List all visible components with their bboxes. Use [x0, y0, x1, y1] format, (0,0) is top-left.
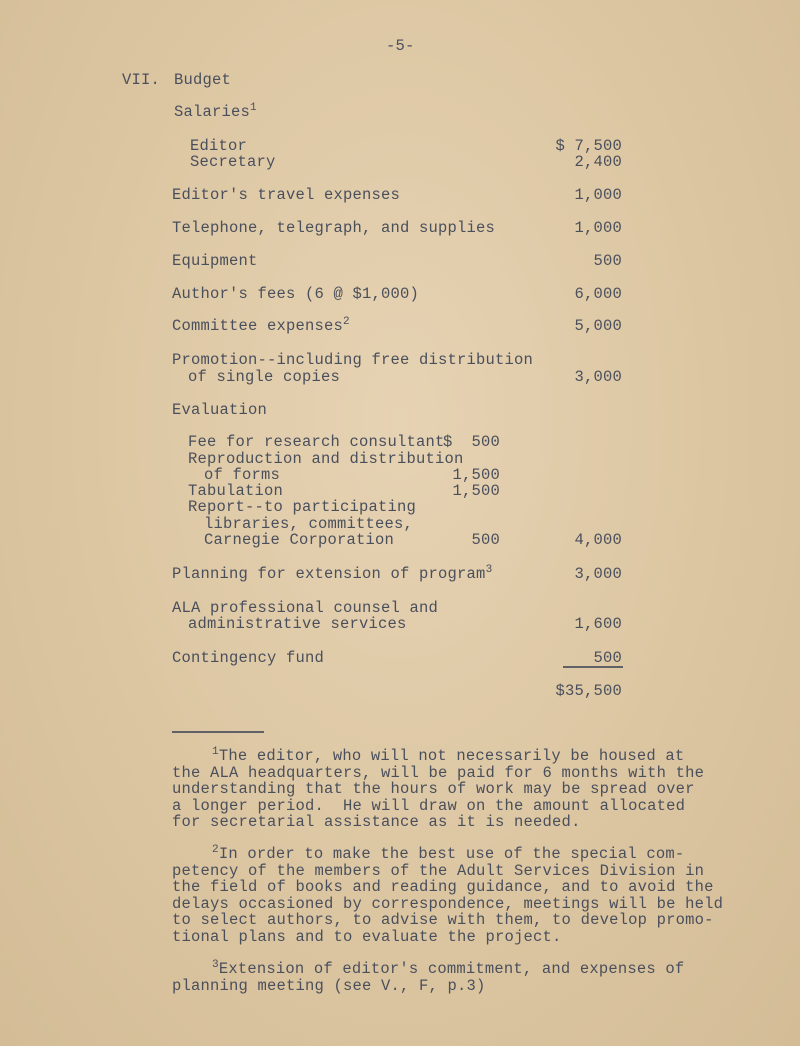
item-amount: 3,000: [574, 369, 622, 385]
item-amount: 1,600: [574, 616, 622, 632]
salaries-heading: Salaries1: [174, 104, 257, 120]
footnote-1: 1The editor, who will not necessarily be…: [172, 748, 652, 831]
sub-item-label: Report--to participating: [188, 499, 416, 515]
item-amount: 3,000: [574, 566, 622, 582]
sum-underline: [563, 666, 623, 668]
item-label: Author's fees (6 @ $1,000): [172, 286, 419, 302]
item-label-cont: administrative services: [188, 616, 407, 632]
footnote-3: 3Extension of editor's commitment, and e…: [172, 961, 652, 994]
item-label: Equipment: [172, 253, 258, 269]
footnote-ref: 2: [343, 316, 350, 328]
sub-item-label-cont: Carnegie Corporation: [204, 532, 394, 548]
sub-item-amount: 500: [471, 532, 500, 548]
footnote-ref: 1: [250, 102, 257, 114]
item-label: Promotion--including free distribution: [172, 352, 533, 368]
sub-item-label: Tabulation: [188, 483, 283, 499]
item-amount: 1,000: [574, 187, 622, 203]
sub-item-label: Fee for research consultant: [188, 434, 445, 450]
item-amount: 500: [593, 253, 622, 269]
footnote-2: 2In order to make the best use of the sp…: [172, 846, 652, 945]
item-label: Telephone, telegraph, and supplies: [172, 220, 495, 236]
item-amount: 2,400: [574, 154, 622, 170]
sub-item-label: Reproduction and distribution: [188, 451, 464, 467]
evaluation-heading: Evaluation: [172, 402, 267, 418]
item-amount: 5,000: [574, 318, 622, 334]
item-label-cont: of single copies: [188, 369, 340, 385]
section-number: VII.: [122, 72, 160, 88]
page-number: -5-: [386, 38, 415, 54]
footnote-ref: 3: [486, 564, 493, 576]
grand-total: $35,500: [555, 683, 622, 699]
item-label: Secretary: [190, 154, 276, 170]
sub-item-label-cont: libraries, committees,: [204, 516, 413, 532]
document-page: -5- VII. Budget Salaries1 Editor $ 7,500…: [0, 0, 800, 1046]
item-label: Editor's travel expenses: [172, 187, 400, 203]
item-label: ALA professional counsel and: [172, 600, 438, 616]
sub-item-amount: 1,500: [452, 483, 500, 499]
sub-item-label-cont: of forms: [204, 467, 280, 483]
evaluation-total: 4,000: [574, 532, 622, 548]
sub-item-amount: $ 500: [443, 434, 500, 450]
sub-item-amount: 1,500: [452, 467, 500, 483]
item-label: Planning for extension of program3: [172, 566, 492, 582]
item-label: Editor: [190, 138, 247, 154]
item-amount: $ 7,500: [555, 138, 622, 154]
item-amount: 6,000: [574, 286, 622, 302]
item-amount: 500: [593, 650, 622, 666]
footnote-separator: [172, 731, 264, 733]
item-label: Contingency fund: [172, 650, 324, 666]
section-title: Budget: [174, 72, 231, 88]
item-amount: 1,000: [574, 220, 622, 236]
item-label: Committee expenses2: [172, 318, 350, 334]
